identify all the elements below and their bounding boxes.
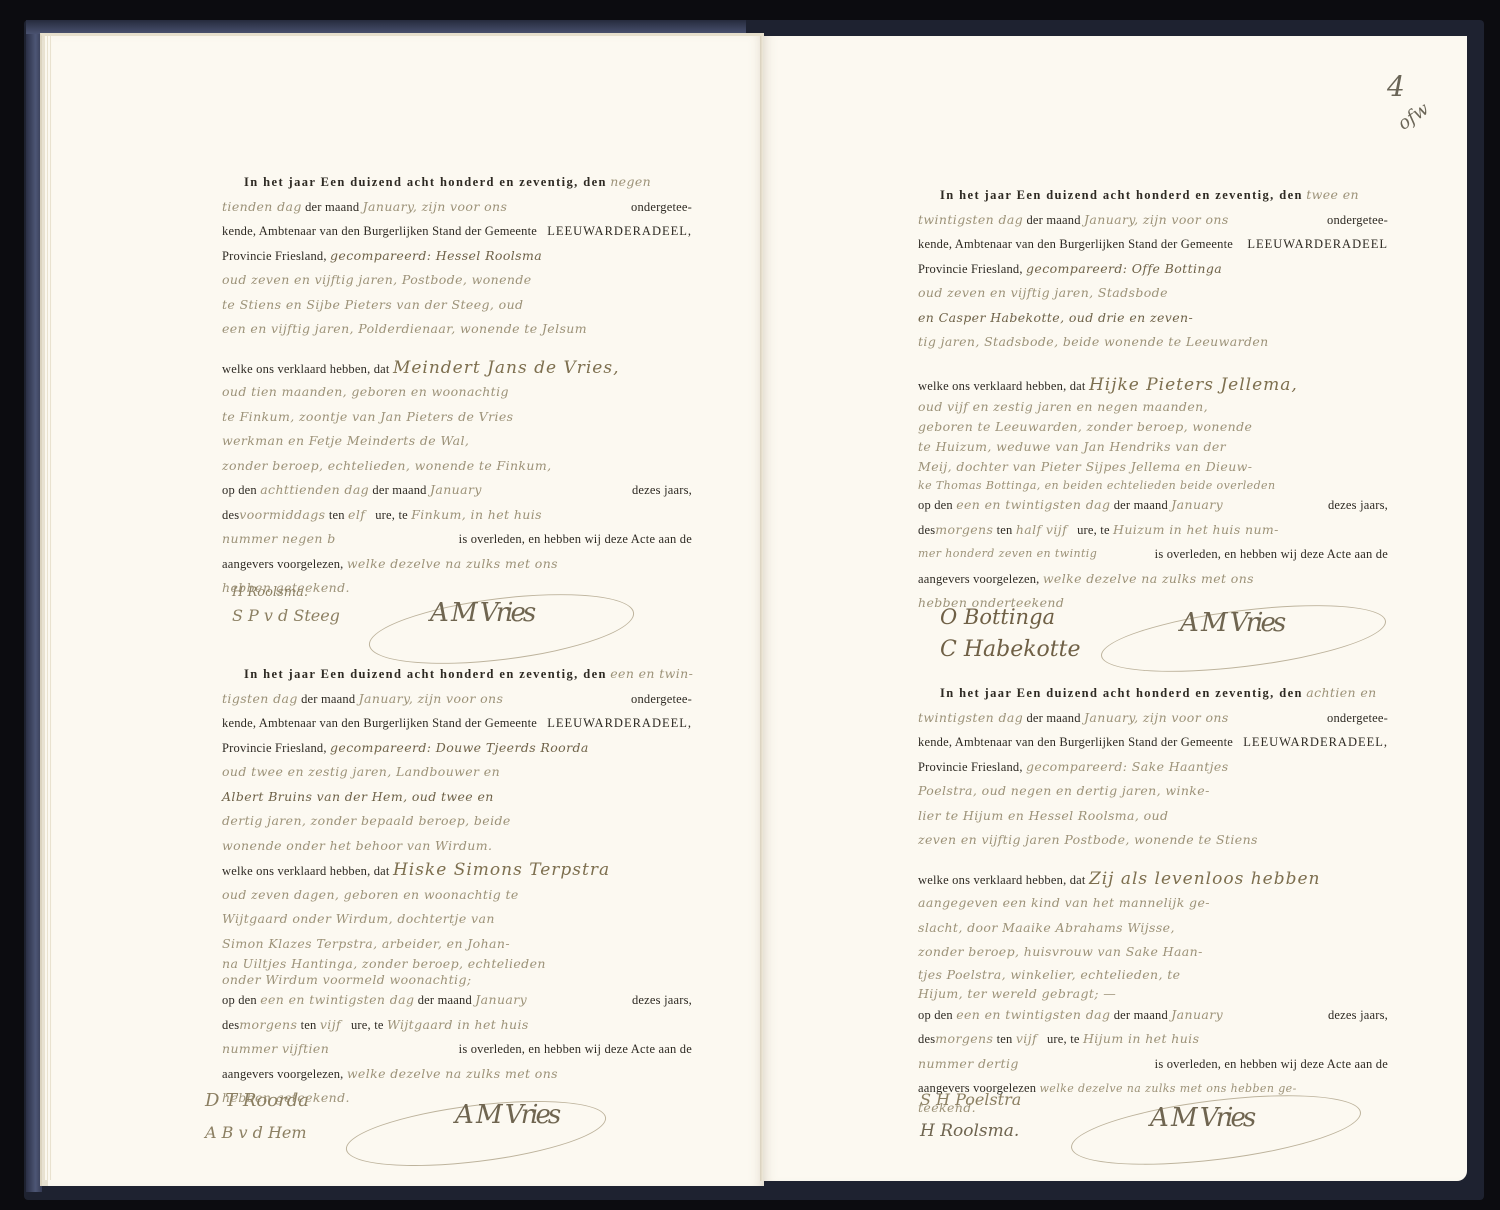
printed-text: des: [222, 1018, 239, 1032]
printed-text: kende, Ambtenaar van den Burgerlijken St…: [918, 232, 1233, 257]
death-record: In het jaar Een duizend acht honderd en …: [918, 183, 1388, 616]
printed-text: ure, te: [375, 508, 408, 522]
witness-signature: H Roolsma.: [920, 1121, 1021, 1141]
printed-text: des: [918, 1032, 935, 1046]
handwritten-line: een en vijftig jaren, Polderdienaar, won…: [222, 321, 587, 336]
registrar-signature: A M Vries: [1150, 1103, 1253, 1133]
witness-signature: A B v d Hem: [205, 1123, 309, 1142]
printed-text: ondergetee-: [631, 195, 692, 220]
death-day: een en twintigsten dag: [260, 992, 414, 1007]
printed-text: welke ons verklaard hebben, dat: [222, 864, 390, 878]
printed-text: op den: [918, 498, 953, 512]
printed-text: ten: [329, 508, 345, 522]
appearer-handwritten: gecompareerd: Offe Bottinga: [1026, 261, 1222, 276]
death-record: In het jaar Een duizend acht honderd en …: [222, 170, 692, 601]
witness-signature: C Habekotte: [940, 637, 1081, 662]
printed-text: der maand: [1026, 213, 1080, 227]
municipality-name: LEEUWARDERADEEL,: [547, 219, 692, 244]
house-number: nummer vijftien: [222, 1037, 329, 1062]
death-month: January: [475, 992, 527, 1007]
cover-top-edge: [26, 20, 746, 34]
handwritten-line: te Finkum, zoontje van Jan Pieters de Vr…: [222, 409, 514, 424]
printed-text: dezes jaars,: [632, 478, 692, 503]
printed-text: op den: [222, 483, 257, 497]
printed-text: ten: [301, 1018, 317, 1032]
handwritten-line: oud zeven en vijftig jaren, Postbode, wo…: [222, 272, 532, 287]
printed-text: des: [918, 523, 935, 537]
handwritten-line: ke Thomas Bottinga, en beiden echteliede…: [918, 479, 1275, 492]
death-place: Hijum in het huis: [1083, 1031, 1199, 1046]
handwritten-line: Albert Bruins van der Hem, oud twee en: [222, 789, 494, 804]
printed-text: ure, te: [1047, 1032, 1080, 1046]
witness-signatures: H Roolsma. S P v d Steeg: [232, 585, 340, 625]
printed-text: aangevers voorgelezen,: [222, 557, 343, 571]
day-handwritten: achtien en: [1306, 685, 1376, 700]
province-text: Provincie Friesland,: [222, 741, 327, 755]
handwritten-line: oud zeven dagen, geboren en woonachtig t…: [222, 887, 519, 902]
printed-text: dezes jaars,: [1328, 493, 1388, 518]
printed-text: welke ons verklaard hebben, dat: [918, 873, 1086, 887]
printed-text: ondergetee-: [1327, 706, 1388, 731]
time-of-day: morgens: [239, 1017, 297, 1032]
month-handwritten: January, zijn voor ons: [363, 199, 508, 214]
printed-text: op den: [918, 1008, 953, 1022]
time-of-day: voormiddags: [239, 507, 325, 522]
death-record: In het jaar Een duizend acht honderd en …: [222, 662, 692, 1111]
printed-text: welke ons verklaard hebben, dat: [222, 362, 390, 376]
month-handwritten: January, zijn voor ons: [1084, 710, 1229, 725]
folio-initials: ofw: [1394, 98, 1433, 134]
printed-text: ondergetee-: [631, 687, 692, 712]
printed-text: dezes jaars,: [632, 988, 692, 1013]
municipality-name: LEEUWARDERADEEL,: [1243, 730, 1388, 755]
day-handwritten: een en twin-: [610, 666, 693, 681]
death-month: January: [430, 482, 482, 497]
handwritten-line: en Casper Habekotte, oud drie en zeven-: [918, 310, 1193, 325]
witness-signature: S P v d Steeg: [232, 606, 340, 625]
registrar-signature: A M Vries: [430, 598, 533, 628]
death-place: Wijtgaard in het huis: [387, 1017, 529, 1032]
municipality-name: LEEUWARDERADEEL,: [547, 711, 692, 736]
house-number: nummer negen b: [222, 527, 336, 552]
witness-signature: D T Roorda: [205, 1090, 309, 1111]
death-record: In het jaar Een duizend acht honderd en …: [918, 681, 1388, 1115]
day-handwritten-cont: tigsten dag: [222, 691, 298, 706]
death-day: een en twintigsten dag: [956, 1007, 1110, 1022]
death-hour: elf: [348, 507, 365, 522]
handwritten-line: welke dezelve na zulks met ons hebben ge…: [1039, 1082, 1296, 1095]
printed-text: aangevers voorgelezen,: [222, 1067, 343, 1081]
record-intro: In het jaar Een duizend acht honderd en …: [244, 175, 607, 189]
printed-text: der maand: [372, 483, 426, 497]
death-month: January: [1171, 1007, 1223, 1022]
day-handwritten: twee en: [1306, 187, 1359, 202]
time-of-day: morgens: [935, 1031, 993, 1046]
record-intro: In het jaar Een duizend acht honderd en …: [940, 188, 1303, 202]
printed-text: is overleden, en hebben wij deze Acte aa…: [1155, 542, 1388, 567]
witness-signature: O Bottinga: [940, 605, 1081, 629]
handwritten-line: dertig jaren, zonder bepaald beroep, bei…: [222, 813, 511, 828]
house-number: mer honderd zeven en twintig: [918, 542, 1097, 567]
handwritten-line: Poelstra, oud negen en dertig jaren, win…: [918, 783, 1210, 798]
death-place: Finkum, in het huis: [411, 507, 542, 522]
printed-text: kende, Ambtenaar van den Burgerlijken St…: [222, 219, 537, 244]
page-stack-edges: [44, 36, 52, 1180]
printed-text: der maand: [1114, 1008, 1168, 1022]
handwritten-line: oud tien maanden, geboren en woonachtig: [222, 384, 509, 399]
handwritten-line: aangegeven een kind van het mannelijk ge…: [918, 895, 1210, 910]
registrar-signature: A M Vries: [455, 1100, 558, 1130]
witness-signatures: O Bottinga C Habekotte: [940, 605, 1081, 662]
handwritten-line: welke dezelve na zulks met ons: [347, 556, 558, 571]
handwritten-line: oud twee en zestig jaren, Landbouwer en: [222, 764, 500, 779]
deceased-name: Meindert Jans de Vries,: [393, 358, 620, 378]
municipality-name: LEEUWARDERADEEL: [1247, 232, 1388, 257]
handwritten-line: Hijum, ter wereld gebragt; —: [918, 986, 1116, 1001]
handwritten-line: onder Wirdum voormeld woonachtig;: [222, 972, 471, 987]
printed-text: dezes jaars,: [1328, 1003, 1388, 1028]
printed-text: der maand: [301, 692, 355, 706]
deceased-name: Hiske Simons Terpstra: [393, 860, 610, 880]
witness-signatures: D T Roorda A B v d Hem: [205, 1090, 309, 1142]
handwritten-line: Simon Klazes Terpstra, arbeider, en Joha…: [222, 936, 510, 951]
month-handwritten: January, zijn voor ons: [359, 691, 504, 706]
handwritten-line: welke dezelve na zulks met ons: [1043, 571, 1254, 586]
printed-text: is overleden, en hebben wij deze Acte aa…: [1155, 1052, 1388, 1077]
printed-text: ten: [997, 1032, 1013, 1046]
handwritten-line: wonende onder het behoor van Wirdum.: [222, 838, 492, 853]
deceased-name: Hijke Pieters Jellema,: [1089, 375, 1298, 395]
province-text: Provincie Friesland,: [222, 249, 327, 263]
province-text: Provincie Friesland,: [918, 760, 1023, 774]
declared-statement: Zij als levenloos hebben: [1089, 869, 1321, 889]
month-handwritten: January, zijn voor ons: [1084, 212, 1229, 227]
printed-text: is overleden, en hebben wij deze Acte aa…: [459, 1037, 692, 1062]
printed-text: is overleden, en hebben wij deze Acte aa…: [459, 527, 692, 552]
day-handwritten: negen: [610, 174, 651, 189]
death-day: een en twintigsten dag: [956, 497, 1110, 512]
witness-signatures: S H Poelstra H Roolsma.: [920, 1090, 1021, 1141]
handwritten-line: werkman en Fetje Meinderts de Wal,: [222, 433, 469, 448]
handwritten-line: tig jaren, Stadsbode, beide wonende te L…: [918, 334, 1269, 349]
handwritten-line: zeven en vijftig jaren Postbode, wonende…: [918, 832, 1258, 847]
registrar-signature: A M Vries: [1180, 608, 1283, 638]
printed-text: der maand: [305, 200, 359, 214]
handwritten-line: Meij, dochter van Pieter Sijpes Jellema …: [918, 459, 1252, 474]
handwritten-line: oud vijf en zestig jaren en negen maande…: [918, 399, 1208, 414]
printed-text: kende, Ambtenaar van den Burgerlijken St…: [918, 730, 1233, 755]
appearer-handwritten: gecompareerd: Hessel Roolsma: [330, 248, 542, 263]
handwritten-line: na Uiltjes Hantinga, zonder beroep, echt…: [222, 956, 546, 971]
printed-text: der maand: [1026, 711, 1080, 725]
death-hour: vijf: [1016, 1031, 1037, 1046]
witness-signature: S H Poelstra: [920, 1090, 1021, 1109]
handwritten-line: tjes Poelstra, winkelier, echtelieden, t…: [918, 967, 1180, 982]
printed-text: aangevers voorgelezen,: [918, 572, 1039, 586]
handwritten-line: te Stiens en Sijbe Pieters van der Steeg…: [222, 297, 523, 312]
handwritten-line: geboren te Leeuwarden, zonder beroep, wo…: [918, 419, 1252, 434]
house-number: nummer dertig: [918, 1052, 1019, 1077]
printed-text: ondergetee-: [1327, 208, 1388, 233]
handwritten-line: Wijtgaard onder Wirdum, dochtertje van: [222, 911, 495, 926]
witness-signature: H Roolsma.: [232, 585, 340, 600]
handwritten-line: zonder beroep, echtelieden, wonende te F…: [222, 458, 551, 473]
handwritten-line: zonder beroep, huisvrouw van Sake Haan-: [918, 944, 1203, 959]
record-intro: In het jaar Een duizend acht honderd en …: [244, 667, 607, 681]
death-hour: vijf: [320, 1017, 341, 1032]
folio-number: 4: [1387, 70, 1405, 103]
death-hour: half vijf: [1016, 522, 1067, 537]
day-handwritten-cont: twintigsten dag: [918, 710, 1023, 725]
day-handwritten-cont: twintigsten dag: [918, 212, 1023, 227]
record-intro: In het jaar Een duizend acht honderd en …: [940, 686, 1303, 700]
printed-text: der maand: [1114, 498, 1168, 512]
death-day: achttienden dag: [260, 482, 369, 497]
printed-text: ten: [997, 523, 1013, 537]
printed-text: des: [222, 508, 239, 522]
handwritten-line: slacht, door Maaike Abrahams Wijsse,: [918, 920, 1175, 935]
handwritten-line: te Huizum, weduwe van Jan Hendriks van d…: [918, 439, 1226, 454]
death-month: January: [1171, 497, 1223, 512]
printed-text: ure, te: [351, 1018, 384, 1032]
handwritten-line: welke dezelve na zulks met ons: [347, 1066, 558, 1081]
printed-text: der maand: [418, 993, 472, 1007]
handwritten-line: oud zeven en vijftig jaren, Stadsbode: [918, 285, 1168, 300]
death-place: Huizum in het huis num-: [1113, 522, 1279, 537]
printed-text: op den: [222, 993, 257, 1007]
time-of-day: morgens: [935, 522, 993, 537]
handwritten-line: lier te Hijum en Hessel Roolsma, oud: [918, 808, 1168, 823]
printed-text: ure, te: [1077, 523, 1110, 537]
appearer-handwritten: gecompareerd: Sake Haantjes: [1026, 759, 1229, 774]
printed-text: welke ons verklaard hebben, dat: [918, 379, 1086, 393]
day-handwritten-cont: tienden dag: [222, 199, 302, 214]
province-text: Provincie Friesland,: [918, 262, 1023, 276]
appearer-handwritten: gecompareerd: Douwe Tjeerds Roorda: [330, 740, 589, 755]
printed-text: kende, Ambtenaar van den Burgerlijken St…: [222, 711, 537, 736]
book-gutter: [760, 36, 763, 1181]
